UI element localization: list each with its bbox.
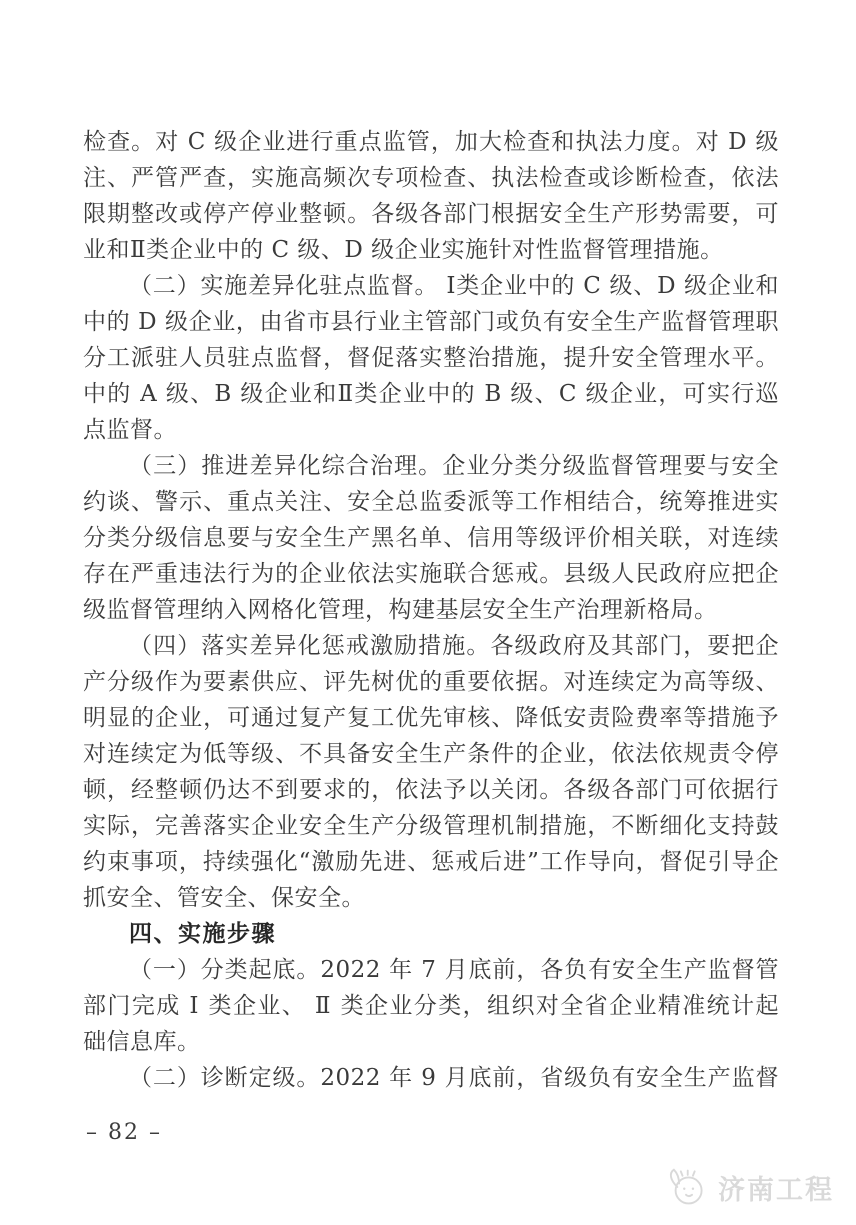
text-line: （三）推进差异化综合治理。企业分类分级监督管理要与安全生产通报、: [83, 448, 779, 484]
text-line: 级监督管理纳入网格化管理，构建基层安全生产治理新格局。: [83, 592, 779, 628]
text-line: 分工派驻人员驻点监督，督促落实整治措施，提升安全管理水平。 Ⅰ类企业: [83, 340, 779, 376]
text-line: 顿，经整顿仍达不到要求的，依法予以关闭。各级各部门可依据行业和地方: [83, 772, 779, 808]
text-line: 实际，完善落实企业安全生产分级管理机制措施，不断细化支持鼓励和惩戒: [83, 808, 779, 844]
watermark-label: 济南工程: [718, 1168, 834, 1207]
text-line: 产分级作为要素供应、评先树优的重要依据。对连续定为高等级、示范作用: [83, 664, 779, 700]
text-line: 存在严重违法行为的企业依法实施联合惩戒。县级人民政府应把企业分类分: [83, 556, 779, 592]
text-line: 础信息库。: [83, 1024, 779, 1060]
page-number: – 82 –: [86, 1120, 162, 1145]
document-page: 检查。对 C 级企业进行重点监管，加大检查和执法力度。对 D 级企业重点关注、严…: [0, 0, 856, 1225]
text-line: 限期整改或停产停业整顿。各级各部门根据安全生产形势需要，可对 Ⅰ 类企: [83, 196, 779, 232]
text-line: 注、严管严查，实施高频次专项检查、执法检查或诊断检查，依法依规责令: [83, 160, 779, 196]
text-line: （二）诊断定级。2022 年 9 月底前，省级负有安全生产监督管理职责: [83, 1060, 779, 1096]
text-line: 分类分级信息要与安全生产黑名单、信用等级评价相关联，对连续评级低、: [83, 520, 779, 556]
text-line: （四）落实差异化惩戒激励措施。各级政府及其部门，要把企业安全生: [83, 628, 779, 664]
mascot-logo-icon: [660, 1161, 712, 1213]
text-line: 检查。对 C 级企业进行重点监管，加大检查和执法力度。对 D 级企业重点关: [83, 124, 779, 160]
text-line: 明显的企业，可通过复产复工优先审核、降低安责险费率等措施予以激励。: [83, 700, 779, 736]
text-line: （二）实施差异化驻点监督。 Ⅰ类企业中的 C 级、D 级企业和Ⅱ类企业: [83, 268, 779, 304]
text-line: 中的 A 级、B 级企业和Ⅱ类企业中的 B 级、C 级企业，可实行巡回、定期驻: [83, 376, 779, 412]
text-line: 约束事项，持续强化“激励先进、惩戒后进”工作导向，督促引导企业主动: [83, 844, 779, 880]
text-line: （一）分类起底。2022 年 7 月底前，各负有安全生产监督管理职责的: [83, 952, 779, 988]
text-line: 部门完成 Ⅰ 类企业、 Ⅱ 类企业分类，组织对全省企业精准统计起底，建立基: [83, 988, 779, 1024]
text-line: 业和Ⅱ类企业中的 C 级、D 级企业实施针对性监督管理措施。: [83, 232, 779, 268]
text-line: 约谈、警示、重点关注、安全总监委派等工作相结合，统筹推进实施。企业: [83, 484, 779, 520]
text-line: 对连续定为低等级、不具备安全生产条件的企业，依法依规责令停产停业整: [83, 736, 779, 772]
text-line: 点监督。: [83, 412, 779, 448]
text-block: 检查。对 C 级企业进行重点监管，加大检查和执法力度。对 D 级企业重点关注、严…: [83, 124, 779, 1096]
section-heading: 四、实施步骤: [83, 916, 779, 952]
text-line: 中的 D 级企业，由省市县行业主管部门或负有安全生产监督管理职责的部门: [83, 304, 779, 340]
watermark: 济南工程: [660, 1161, 834, 1213]
text-line: 抓安全、管安全、保安全。: [83, 880, 779, 916]
